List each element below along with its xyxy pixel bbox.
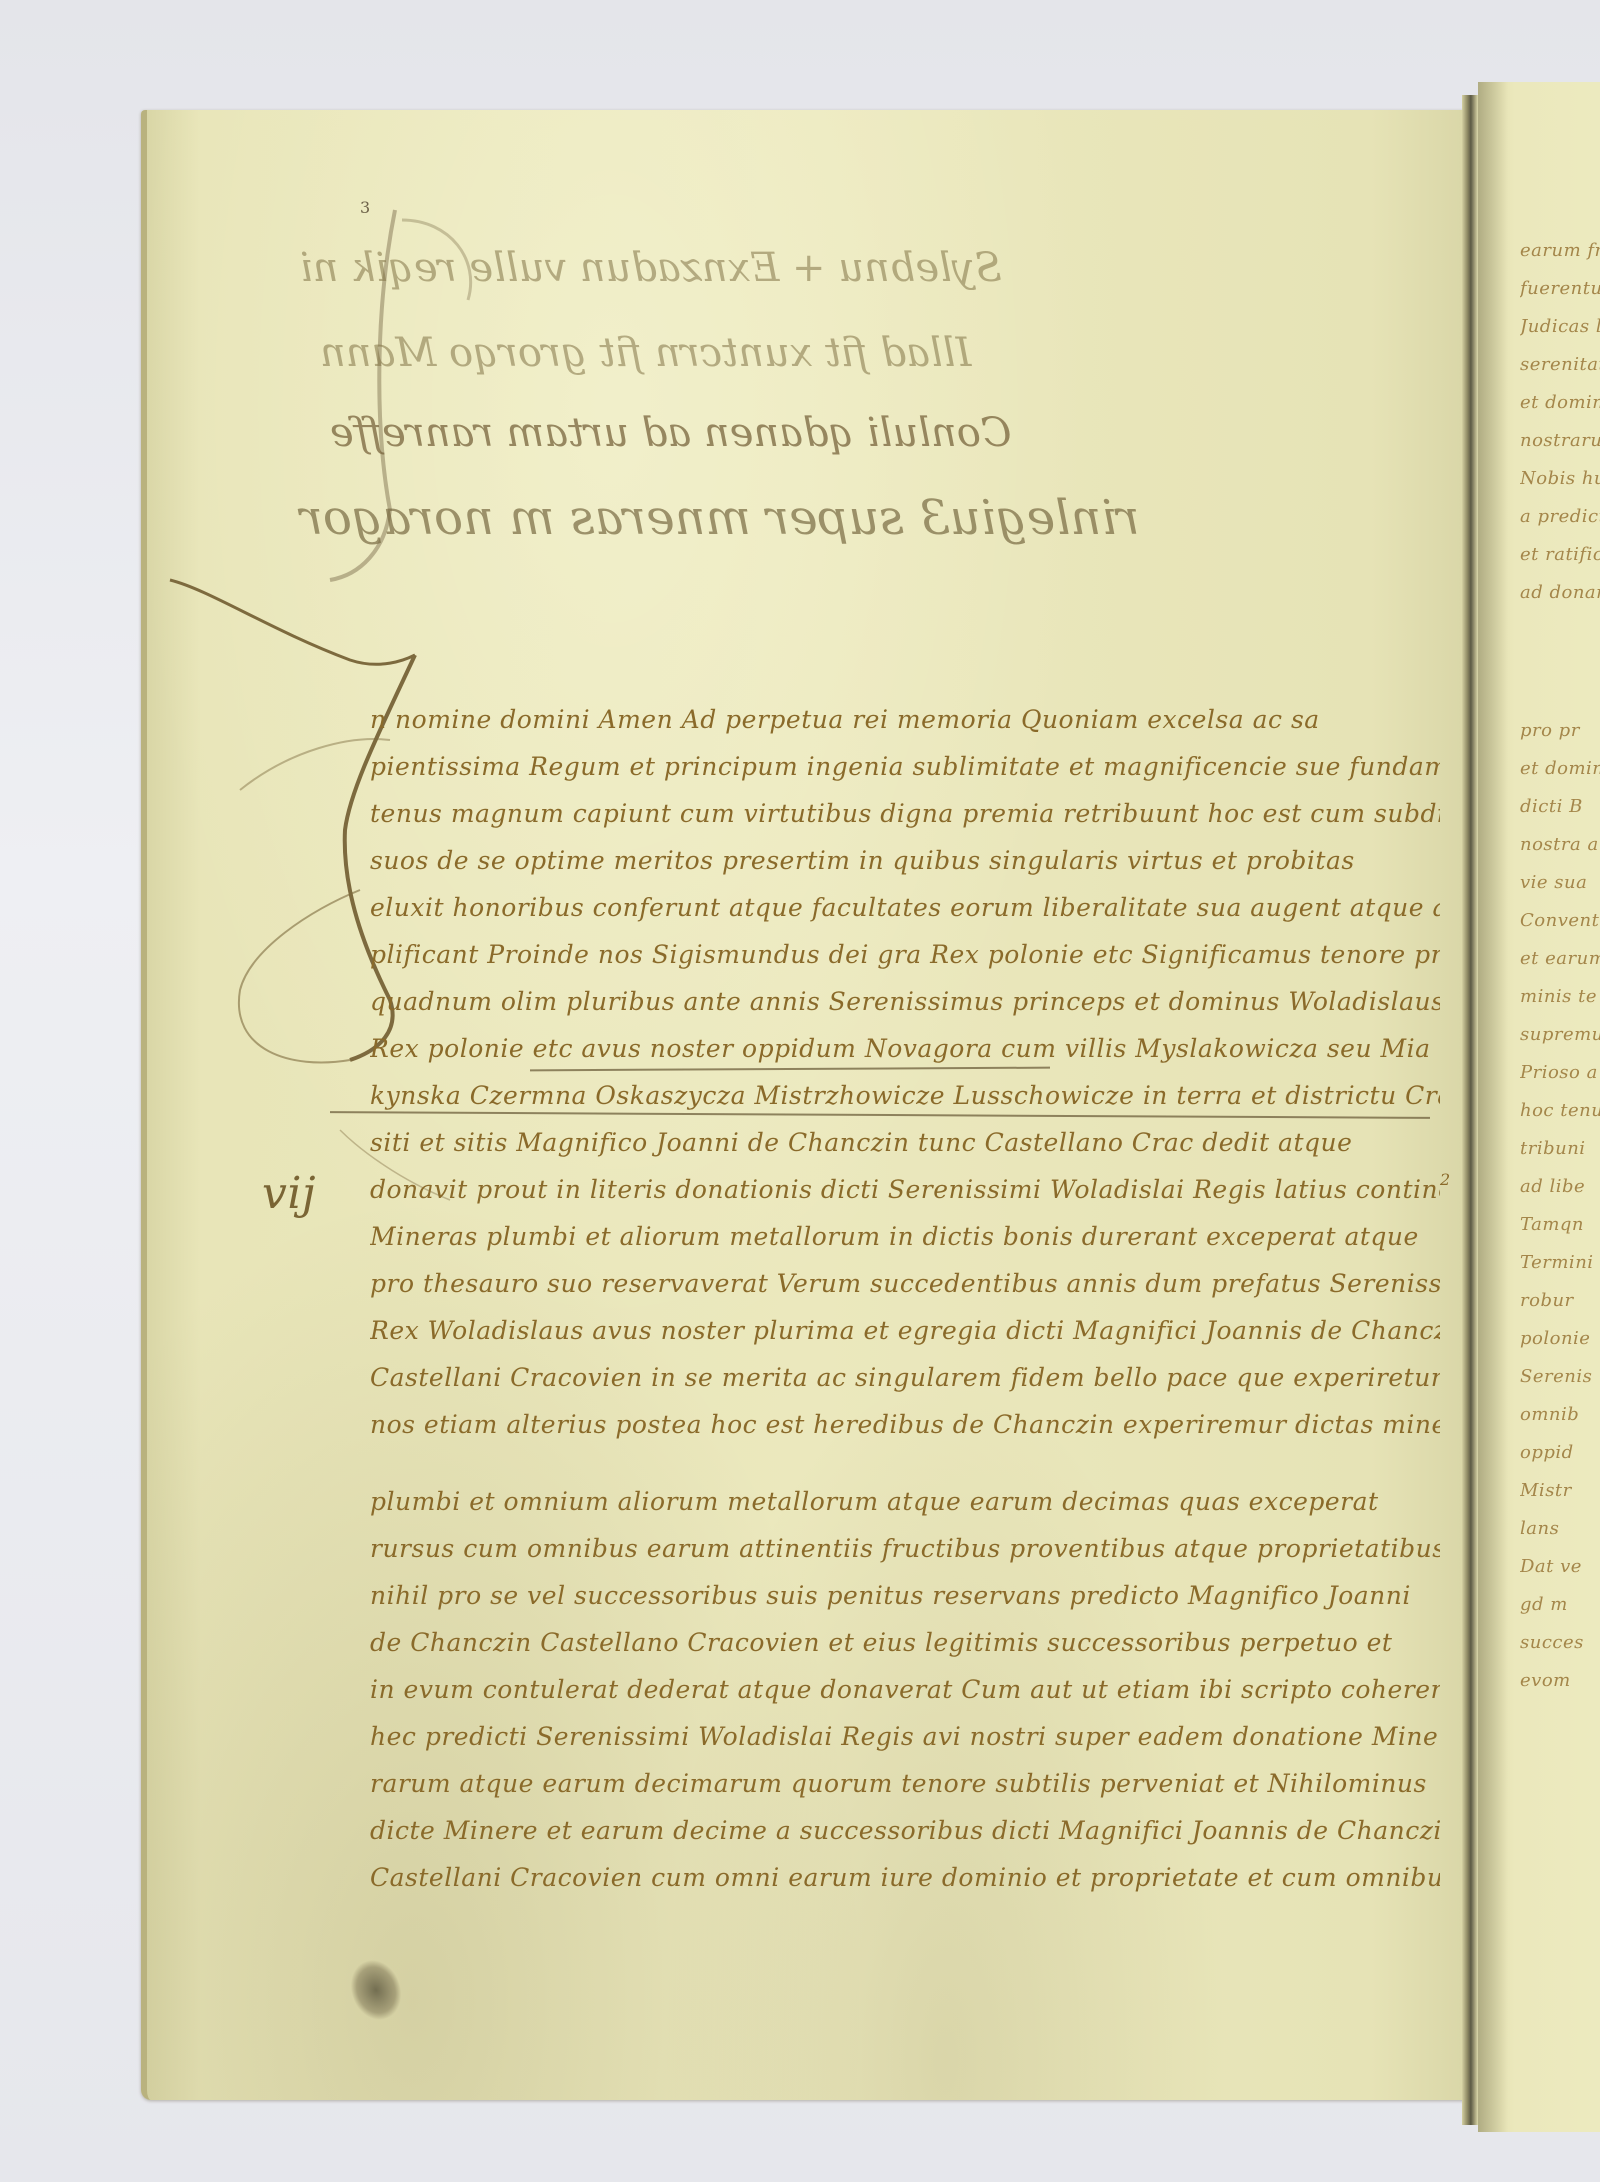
facing-line: Dat ve (1520, 1556, 1600, 1577)
body-line: pientissima Regum et principum ingenia s… (370, 752, 1440, 781)
body-line: suos de se optime meritos presertim in q… (370, 846, 1440, 875)
facing-line: dicti B (1520, 796, 1600, 817)
body-line: Castellani Cracovien in se merita ac sin… (370, 1363, 1440, 1392)
footnote-marker: 2 (1440, 1170, 1451, 1189)
show-through-line: Sylebnu + Exnzadun vulle reqik ni (300, 245, 1002, 291)
body-line: dicte Minere et earum decime a successor… (370, 1816, 1440, 1845)
facing-line: et ratifica (1520, 544, 1600, 565)
facing-line: hoc tenu (1520, 1100, 1600, 1121)
body-line: Castellani Cracovien cum omni earum iure… (370, 1863, 1440, 1892)
body-line: plificant Proinde nos Sigismundus dei gr… (370, 940, 1440, 969)
facing-line: Mistr (1520, 1480, 1600, 1501)
body-line: rarum atque earum decimarum quorum tenor… (370, 1769, 1440, 1798)
facing-line: evom (1520, 1670, 1600, 1691)
body-line: nihil pro se vel successoribus suis peni… (370, 1581, 1440, 1610)
facing-line: polonie (1520, 1328, 1600, 1349)
body-line: quadnum olim pluribus ante annis Serenis… (370, 987, 1440, 1016)
body-line: pro thesauro suo reservaverat Verum succ… (370, 1269, 1440, 1298)
facing-line: et domini (1520, 758, 1600, 779)
body-line: n nomine domini Amen Ad perpetua rei mem… (370, 705, 1440, 734)
facing-line: robur (1520, 1290, 1600, 1311)
facing-line: a predicto (1520, 506, 1600, 527)
facing-line: Convent (1520, 910, 1600, 931)
facing-line: ad libe (1520, 1176, 1600, 1197)
show-through-line: Illad fit xuntcrn fit grorqo Mann (320, 330, 971, 376)
facing-line: earum fruct (1520, 240, 1600, 261)
facing-line: et earum (1520, 948, 1600, 969)
facing-line: Termini (1520, 1252, 1600, 1273)
facing-line: nostra a (1520, 834, 1600, 855)
facing-line: oppid (1520, 1442, 1600, 1463)
body-line: in evum contulerat dederat atque donaver… (370, 1675, 1440, 1704)
facing-line: Judicas le (1520, 316, 1600, 337)
facing-line: gd m (1520, 1594, 1600, 1615)
facing-line: fuerentur e (1520, 278, 1600, 299)
body-line: siti et sitis Magnifico Joanni de Chancz… (370, 1128, 1440, 1157)
show-through-line: rinlegiu3 super mneras m noragor (300, 490, 1140, 546)
facing-line: ad donari (1520, 582, 1600, 603)
body-line: eluxit honoribus conferunt atque faculta… (370, 893, 1440, 922)
body-line: de Chanczin Castellano Cracovien et eius… (370, 1628, 1440, 1657)
facing-line: lans (1520, 1518, 1600, 1539)
gutter-shadow (1478, 82, 1508, 2132)
body-line: Rex Woladislaus avus noster plurima et e… (370, 1316, 1440, 1345)
facing-line: serenitati (1520, 354, 1600, 375)
body-line: plumbi et omnium aliorum metallorum atqu… (370, 1487, 1440, 1516)
facing-line: supremu (1520, 1024, 1600, 1045)
facing-line: Nobis hu m (1520, 468, 1600, 489)
body-line: Mineras plumbi et aliorum metallorum in … (370, 1222, 1440, 1251)
body-line: hec predicti Serenissimi Woladislai Regi… (370, 1722, 1440, 1751)
facing-line: tribuni (1520, 1138, 1600, 1159)
facing-line: minis te (1520, 986, 1600, 1007)
body-line: tenus magnum capiunt cum virtutibus dign… (370, 799, 1440, 828)
facing-line: vie sua (1520, 872, 1600, 893)
facing-line: Tamqn (1520, 1214, 1600, 1235)
margin-annotation: vij (262, 1168, 316, 1219)
facing-line: et domina L (1520, 392, 1600, 413)
facing-line: Serenis (1520, 1366, 1600, 1387)
facing-line: nostrarum (1520, 430, 1600, 451)
show-through-line: Conluli qdanen ad urtam ranreffe (330, 410, 1011, 456)
book-gutter (1462, 95, 1478, 2125)
facing-line: pro pr (1520, 720, 1600, 741)
body-line: kynska Czermna Oskaszycza Mistrzhowicze … (370, 1081, 1440, 1110)
body-line: donavit prout in literis donationis dict… (370, 1175, 1440, 1204)
facing-line: Prioso a (1520, 1062, 1600, 1083)
body-line: Rex polonie etc avus noster oppidum Nova… (370, 1034, 1440, 1063)
body-line: rursus cum omnibus earum attinentiis fru… (370, 1534, 1440, 1563)
facing-line: succes (1520, 1632, 1600, 1653)
facing-line: omnib (1520, 1404, 1600, 1425)
folio-number: 3 (360, 198, 371, 217)
body-line: nos etiam alterius postea hoc est heredi… (370, 1410, 1440, 1439)
